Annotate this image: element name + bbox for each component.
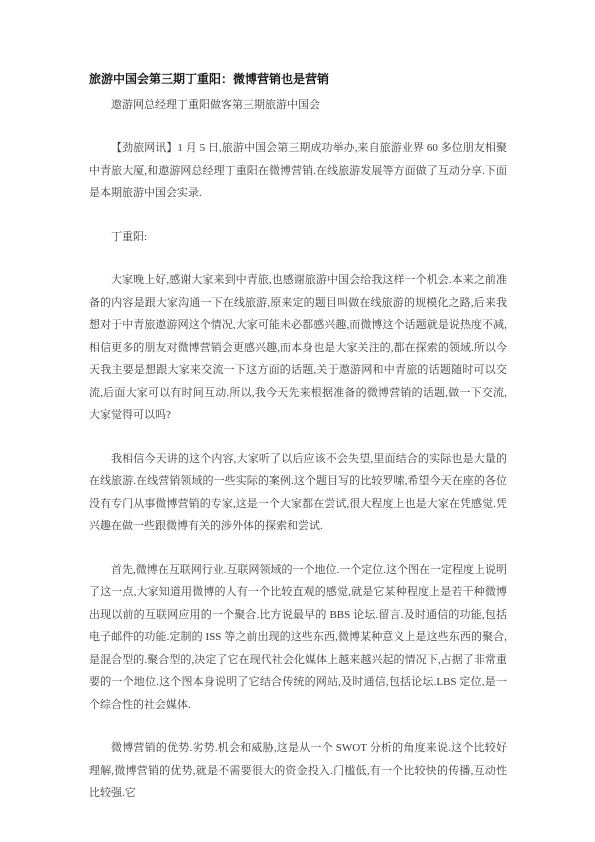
document-subtitle: 遨游网总经理丁重阳做客第三期旅游中国会 — [89, 94, 507, 117]
paragraph-content-preview: 我相信今天讲的这个内容,大家听了以后应该不会失望,里面结合的实际也是大量的在线旅… — [89, 448, 507, 538]
paragraph-greeting: 大家晚上好,感谢大家来到中青旅,也感谢旅游中国会给我这样一个机会.本来之前准备的… — [89, 269, 507, 427]
paragraph-swot-analysis: 微博营销的优势.劣势.机会和威胁,这是从一个 SWOT 分析的角度来说.这个比较… — [89, 737, 507, 805]
document-content: 旅游中国会第三期丁重阳：微博营销也是营销 遨游网总经理丁重阳做客第三期旅游中国会… — [89, 68, 507, 805]
document-title: 旅游中国会第三期丁重阳：微博营销也是营销 — [89, 68, 507, 91]
paragraph-weibo-position: 首先,微博在互联网行业.互联网领域的一个地位.一个定位.这个图在一定程度上说明了… — [89, 559, 507, 717]
paragraph-intro: 【劲旅网讯】1 月 5 日,旅游中国会第三期成功举办,来自旅游业界 60 多位朋… — [89, 137, 507, 205]
document-page: 旅游中国会第三期丁重阳：微博营销也是营销 遨游网总经理丁重阳做客第三期旅游中国会… — [0, 0, 595, 842]
paragraph-speaker-name: 丁重阳: — [89, 226, 507, 249]
